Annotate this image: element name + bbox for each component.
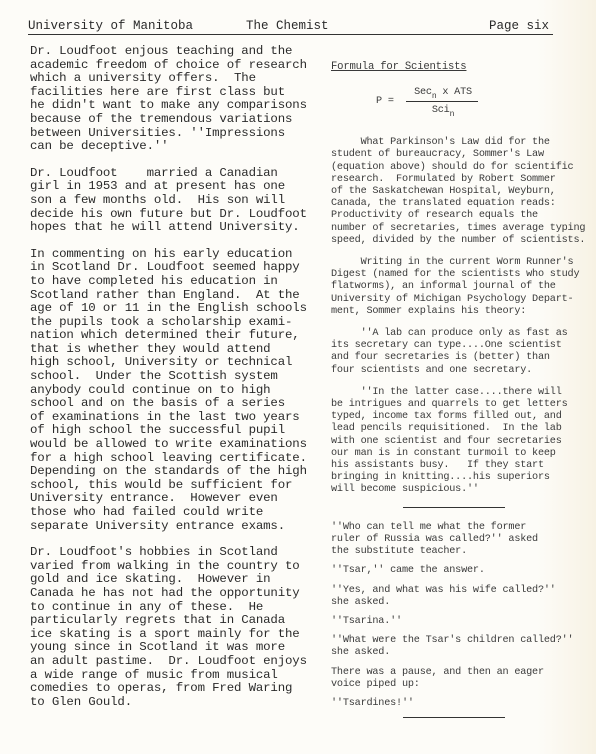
quote-lab: ''A lab can produce only as fast as its … [331, 328, 596, 377]
header-publisher: University of Manitoba [28, 18, 193, 34]
end-divider [403, 717, 505, 718]
paragraph-worm-runner: Writing in the current Worm Runner's Dig… [331, 257, 596, 318]
joke-section: ''Who can tell me what the former ruler … [331, 522, 596, 710]
header-page-number: Page six [489, 18, 549, 34]
quote-latter-case: ''In the latter case....there will be in… [331, 387, 596, 497]
joke-punchline: ''Tsardines!'' [331, 698, 596, 710]
section-title: Formula for Scientists [331, 61, 596, 73]
joke-line: There was a pause, and then an eager voi… [331, 667, 596, 691]
paragraph-parkinson: What Parkinson's Law did for the student… [331, 137, 596, 247]
formula: P = Secn x ATS Scin [331, 87, 596, 127]
denominator-main: Sci [432, 105, 450, 116]
numerator-main: Sec [414, 87, 432, 98]
formula-lhs: P = [376, 96, 394, 108]
paragraph-hobbies: Dr. Loudfoot's hobbies in Scotland varie… [30, 546, 320, 709]
joke-line: ''Tsar,'' came the answer. [331, 565, 596, 577]
left-column-article: Dr. Loudfoot enjous teaching and the aca… [30, 45, 320, 722]
section-divider [403, 507, 505, 508]
joke-line: ''What were the Tsar's children called?'… [331, 635, 596, 659]
paragraph-education: In commenting on his early education in … [30, 248, 320, 533]
fraction-bar [406, 101, 478, 102]
right-column: Formula for Scientists P = Secn x ATS Sc… [331, 61, 596, 732]
joke-line: ''Tsarina.'' [331, 616, 596, 628]
paragraph-family: Dr. Loudfoot married a Canadian girl in … [30, 167, 320, 235]
formula-denominator: Scin [408, 105, 478, 121]
header-publication-title: The Chemist [246, 18, 329, 34]
page-header: University of Manitoba The Chemist Page … [28, 18, 553, 35]
paragraph-teaching: Dr. Loudfoot enjous teaching and the aca… [30, 45, 320, 154]
joke-line: ''Yes, and what was his wife called?'' s… [331, 585, 596, 609]
denominator-subscript: n [450, 110, 455, 119]
joke-line: ''Who can tell me what the former ruler … [331, 522, 596, 559]
numerator-rest: x ATS [436, 87, 471, 98]
